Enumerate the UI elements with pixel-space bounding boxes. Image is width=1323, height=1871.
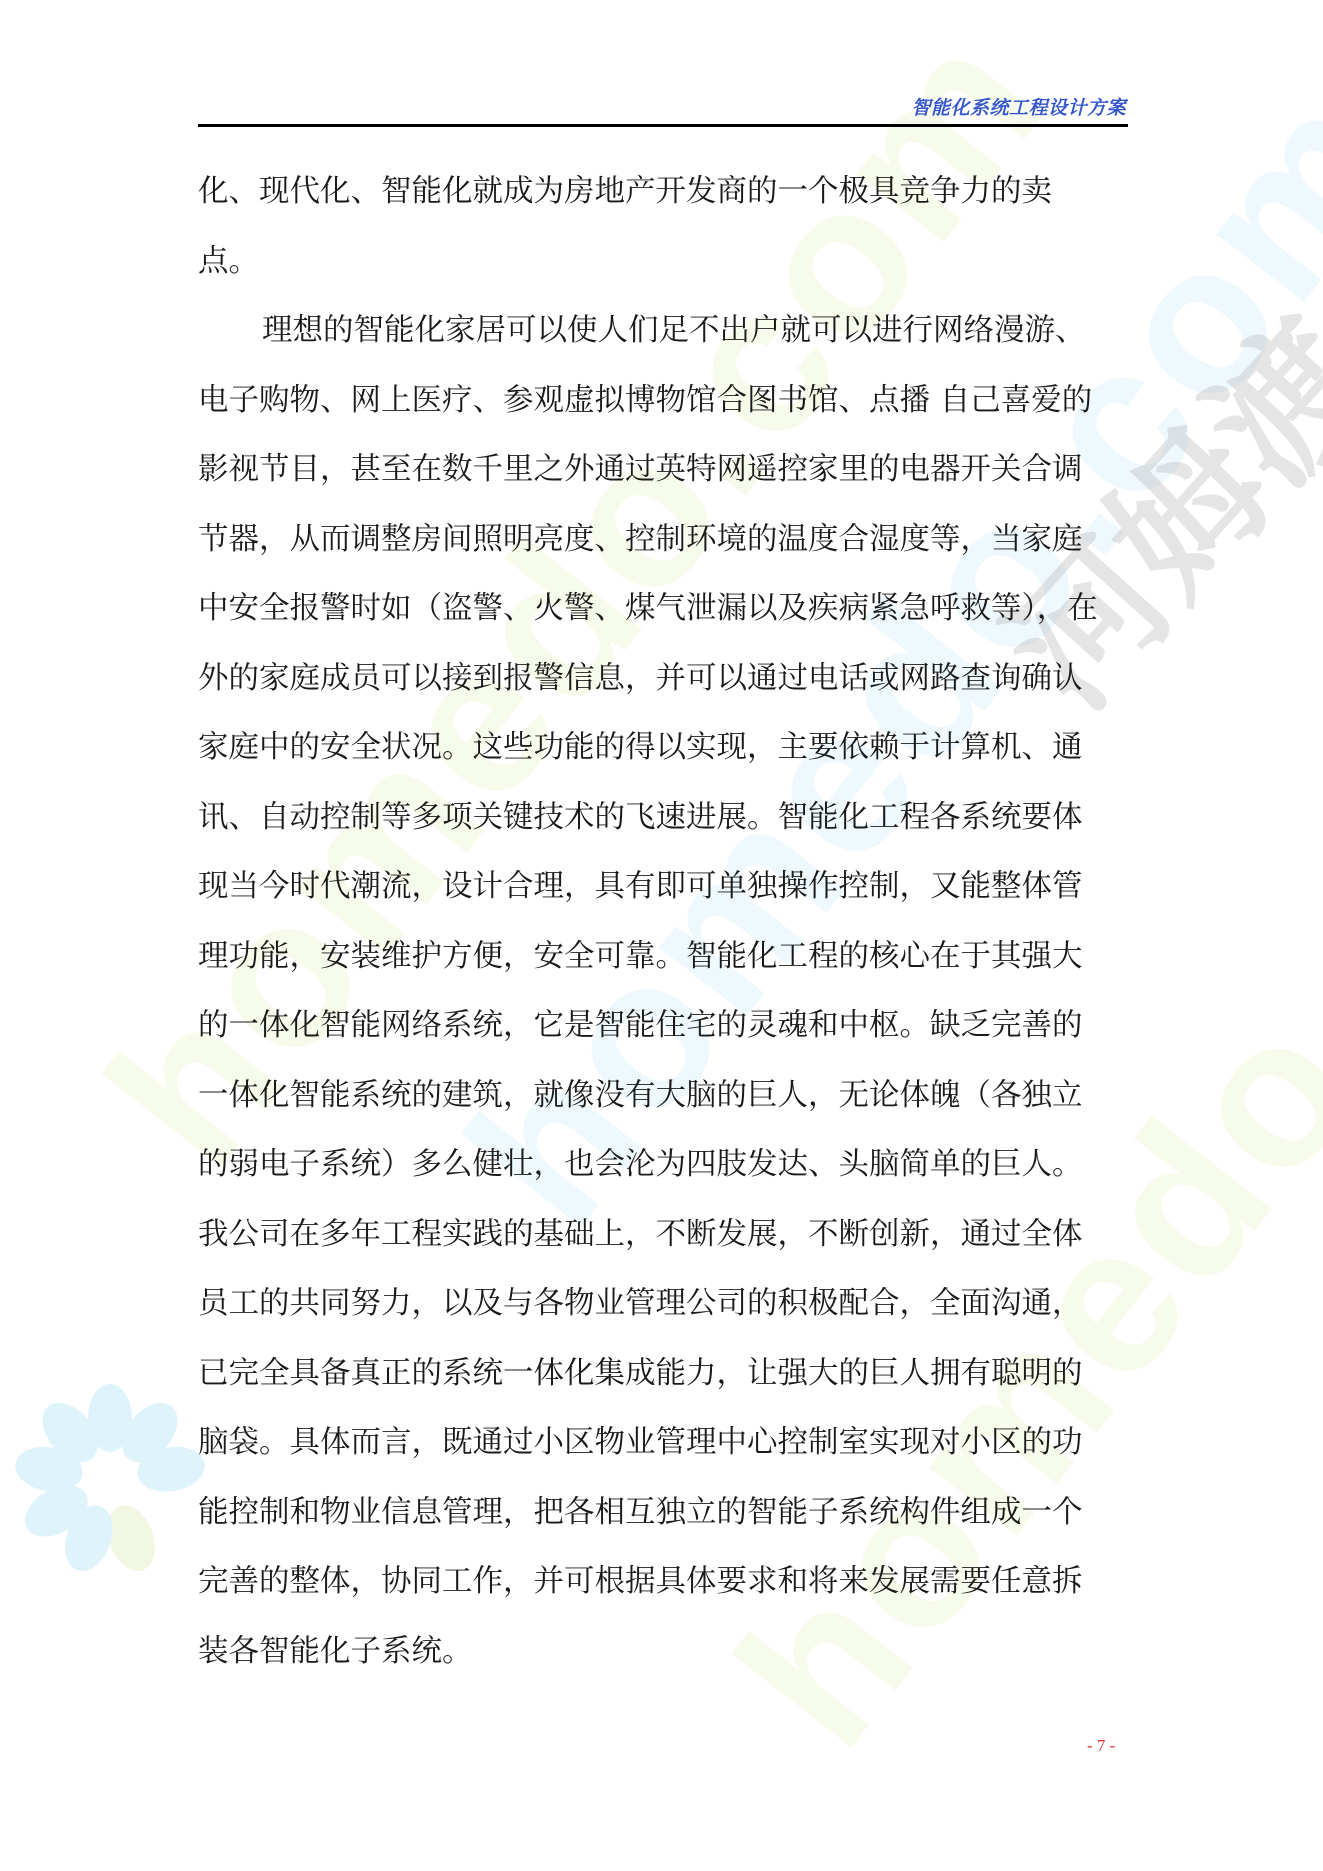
document-page: homedo.com homedo.com homedo.com 河姆渡 智能化… bbox=[0, 0, 1323, 1871]
text-line: 电子购物、网上医疗、参观虚拟博物馆合图书馆、点播 自己喜爱的 bbox=[198, 377, 1138, 447]
page-number: - 7 - bbox=[1087, 1736, 1115, 1756]
text-line: 讯、自动控制等多项关键技术的飞速进展。智能化工程各系统要体 bbox=[198, 794, 1138, 864]
page-header: 智能化系统工程设计方案 bbox=[198, 88, 1128, 127]
text-line: 装各智能化子系统。 bbox=[198, 1628, 1138, 1698]
text-line: 脑袋。具体而言，既通过小区物业管理中心控制室实现对小区的功 bbox=[198, 1419, 1138, 1489]
text-line: 员工的共同努力，以及与各物业管理公司的积极配合，全面沟通， bbox=[198, 1280, 1138, 1350]
text-line: 的弱电子系统）多么健壮，也会沦为四肢发达、头脑简单的巨人。 bbox=[198, 1141, 1138, 1211]
flower-logo-icon bbox=[10, 1375, 210, 1585]
text-line: 理功能，安装维护方便，安全可靠。智能化工程的核心在于其强大 bbox=[198, 933, 1138, 1003]
text-line: 完善的整体，协同工作，并可根据具体要求和将来发展需要任意拆 bbox=[198, 1558, 1138, 1628]
header-title: 智能化系统工程设计方案 bbox=[911, 93, 1126, 120]
body-text: 化、现代化、智能化就成为房地产开发商的一个极具竞争力的卖 点。 理想的智能化家居… bbox=[198, 168, 1138, 1697]
text-line: 点。 bbox=[198, 238, 1138, 308]
text-line: 节器，从而调整房间照明亮度、控制环境的温度合湿度等，当家庭 bbox=[198, 516, 1138, 586]
text-line: 现当今时代潮流，设计合理，具有即可单独操作控制，又能整体管 bbox=[198, 863, 1138, 933]
text-line: 的一体化智能网络系统，它是智能住宅的灵魂和中枢。缺乏完善的 bbox=[198, 1002, 1138, 1072]
text-line: 我公司在多年工程实践的基础上，不断发展，不断创新，通过全体 bbox=[198, 1211, 1138, 1281]
text-line: 能控制和物业信息管理，把各相互独立的智能子系统构件组成一个 bbox=[198, 1489, 1138, 1559]
text-line: 外的家庭成员可以接到报警信息，并可以通过电话或网路查询确认 bbox=[198, 655, 1138, 725]
paragraph-first-line: 理想的智能化家居可以使人们足不出户就可以进行网络漫游、 bbox=[198, 307, 1138, 377]
text-line: 中安全报警时如（盗警、火警、煤气泄漏以及疾病紧急呼救等），在 bbox=[198, 585, 1138, 655]
text-line: 一体化智能系统的建筑，就像没有大脑的巨人，无论体魄（各独立 bbox=[198, 1072, 1138, 1142]
text-line: 化、现代化、智能化就成为房地产开发商的一个极具竞争力的卖 bbox=[198, 168, 1138, 238]
text-line: 家庭中的安全状况。这些功能的得以实现，主要依赖于计算机、通 bbox=[198, 724, 1138, 794]
text-line: 已完全具备真正的系统一体化集成能力，让强大的巨人拥有聪明的 bbox=[198, 1350, 1138, 1420]
text-line: 影视节目，甚至在数千里之外通过英特网遥控家里的电器开关合调 bbox=[198, 446, 1138, 516]
